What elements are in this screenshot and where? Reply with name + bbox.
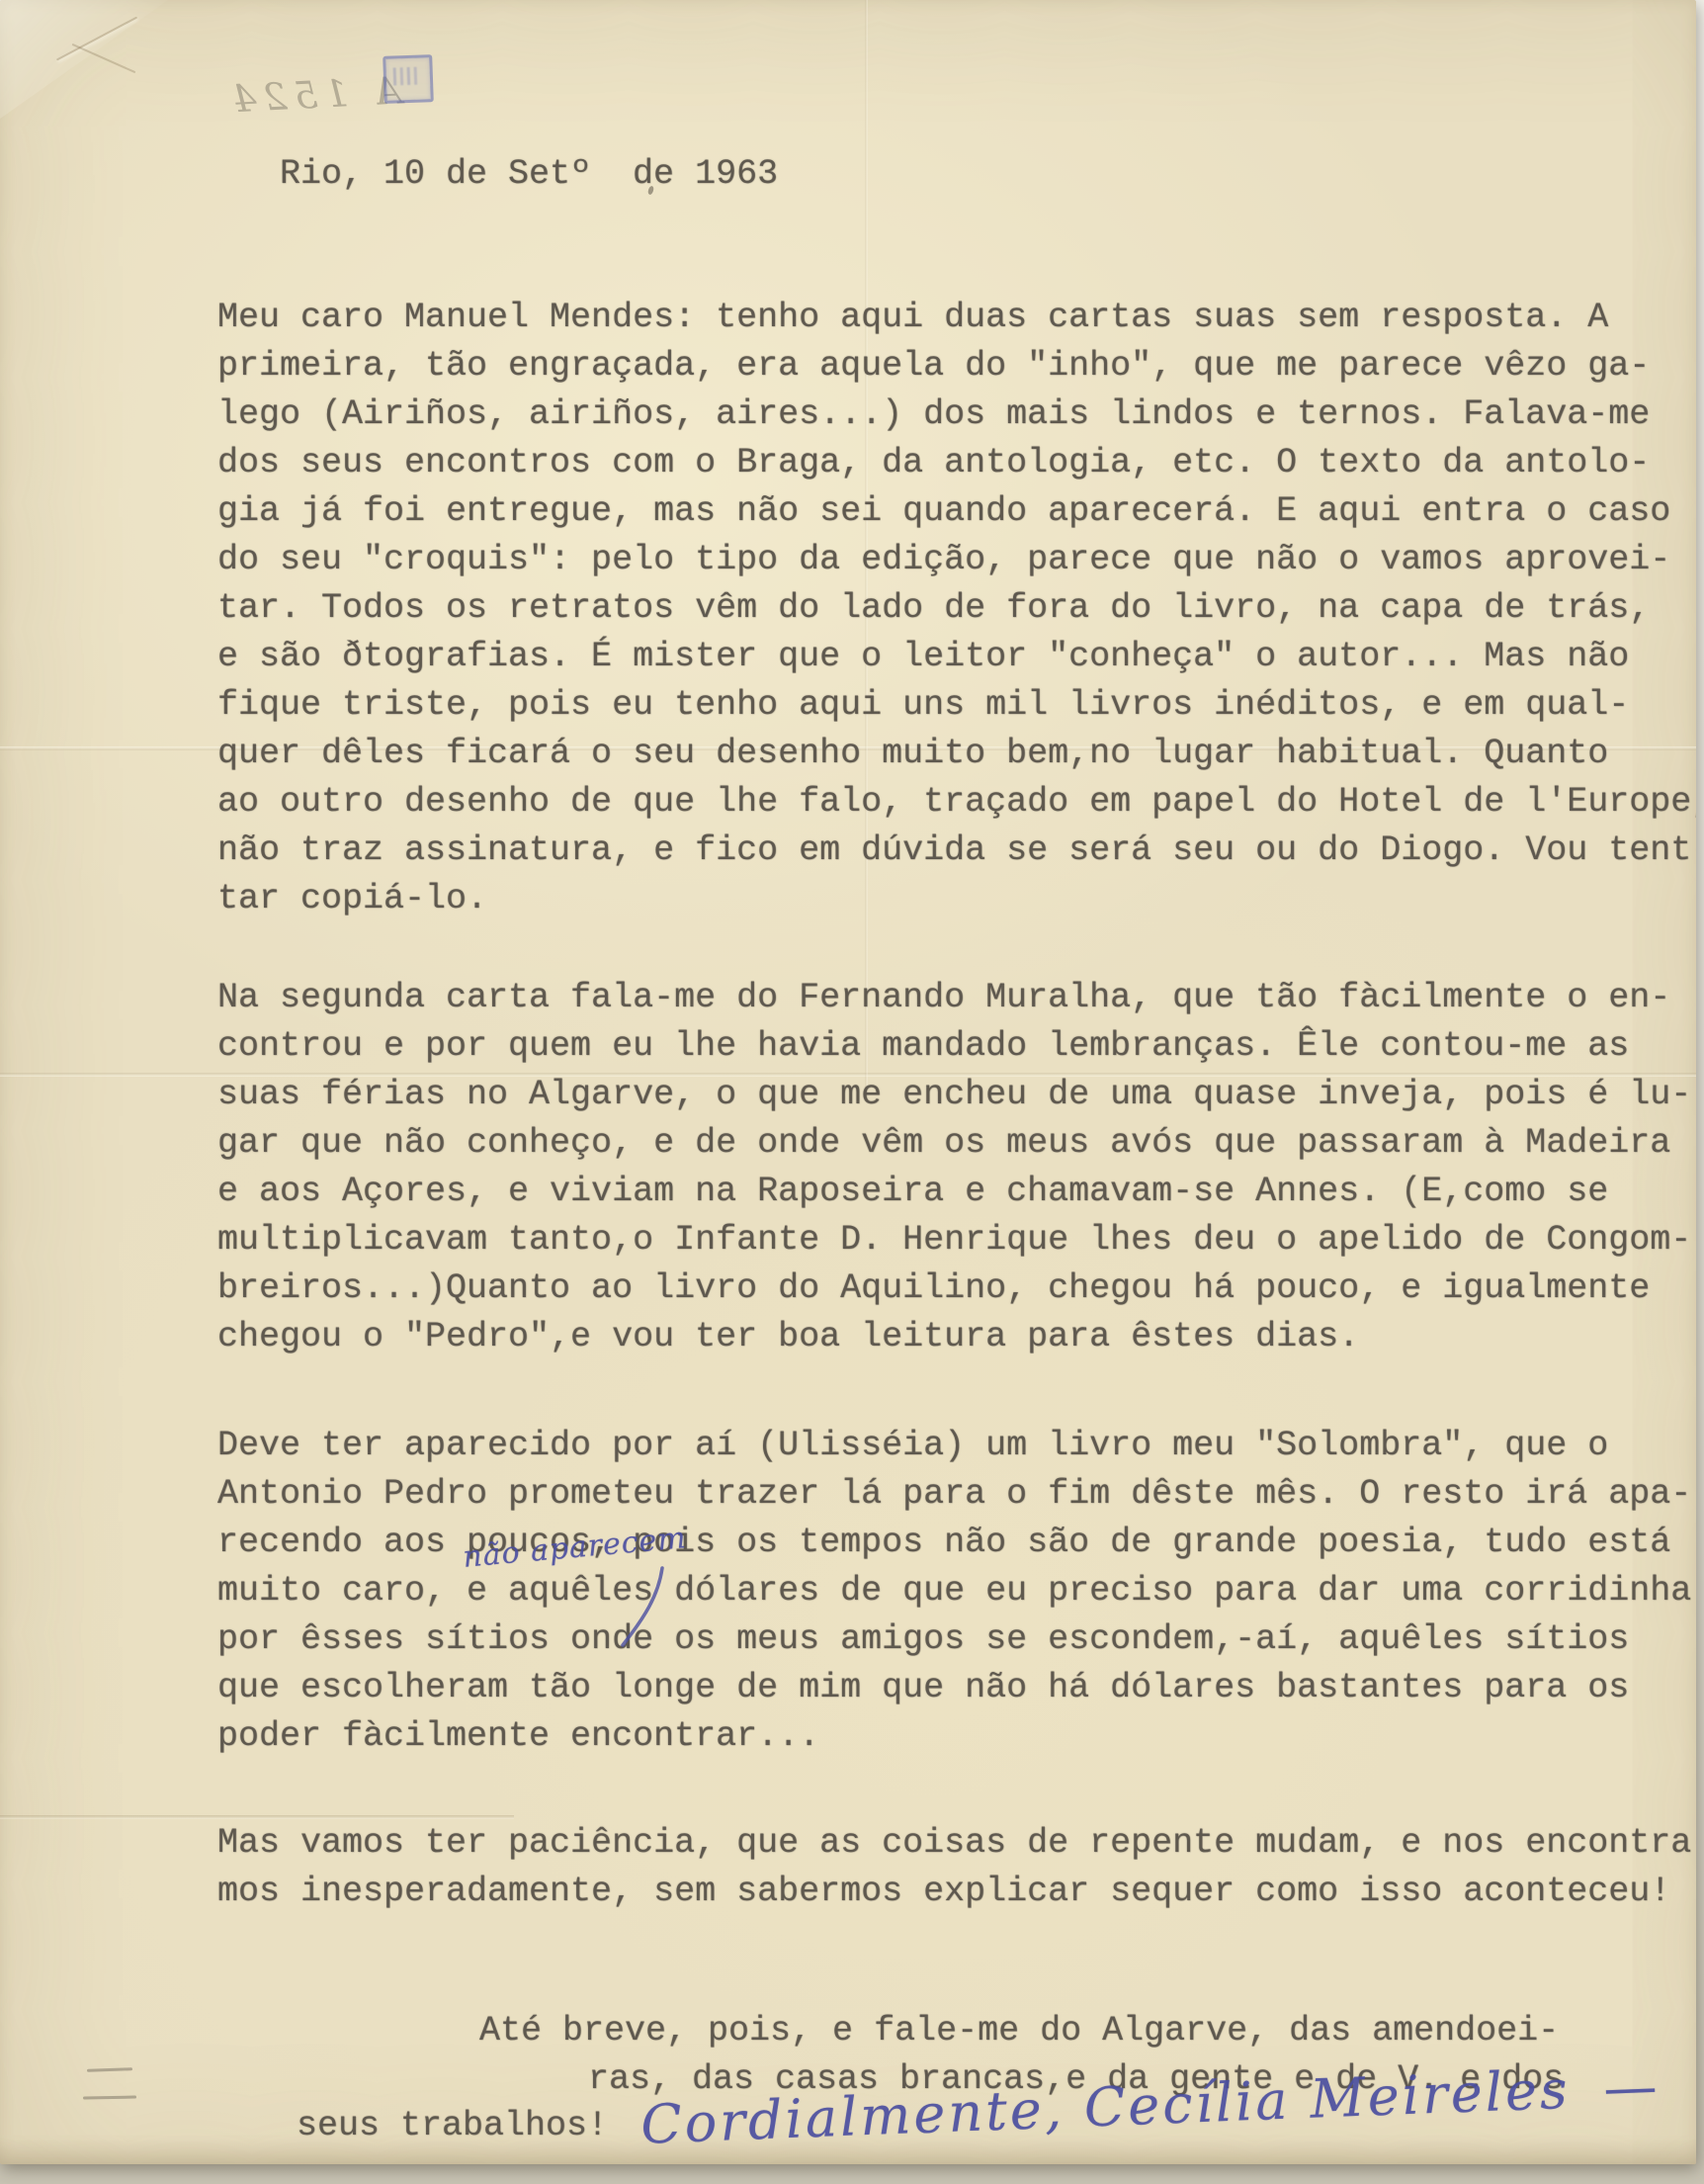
signature-dash: — [1602, 2054, 1661, 2119]
scanned-letter-page: { "letter": { "pencil_note": "A 1524", "… [0, 0, 1704, 2184]
paragraph-2: Na segunda carta fala-me do Fernando Mur… [217, 974, 1691, 1361]
pencil-shadow-note: A 1524 [224, 68, 402, 121]
paragraph-1: Meu caro Manuel Mendes: tenho aqui duas … [217, 294, 1696, 923]
paragraph-3: Deve ter aparecido por aí (Ulisséia) um … [217, 1422, 1691, 1761]
pencil-dash-mark [83, 2096, 136, 2100]
torn-corner-crease [0, 0, 168, 119]
pencil-dash-mark [87, 2067, 132, 2072]
insertion-caret-mark [617, 1564, 670, 1651]
closing-line-3: seus trabalhos! [297, 2102, 608, 2150]
archive-stamp-icon [383, 54, 434, 104]
paragraph-4: Mas vamos ter paciência, que as coisas d… [217, 1819, 1696, 1916]
date-line: Rio, 10 de Setº de 1963 [280, 150, 778, 199]
letter-paper: A 1524 Rio, 10 de Setº de 1963 Meu caro … [0, 0, 1696, 2164]
closing-line-1: Até breve, pois, e fale-me do Algarve, d… [479, 2007, 1559, 2055]
